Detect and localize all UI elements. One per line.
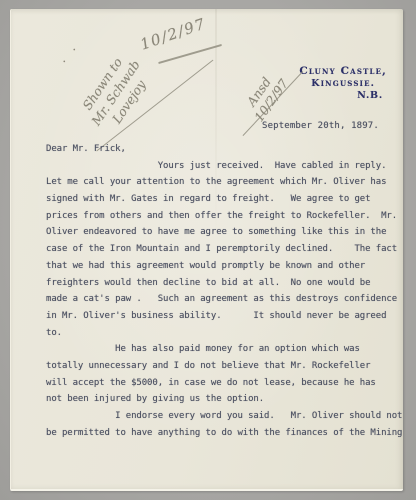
letterhead: Cluny Castle, Kingussie. N.B.	[299, 65, 387, 101]
letter-line: totally unnecessary and I do not believe…	[46, 358, 402, 375]
letter-line: Yours just received. Have cabled in repl…	[46, 158, 402, 175]
pencil-dots: · ·	[58, 41, 84, 68]
letter-line: signed with Mr. Gates in regard to freig…	[46, 191, 402, 208]
letter-paper: Cluny Castle, Kingussie. N.B. September …	[10, 9, 403, 491]
letterhead-region: N.B.	[299, 90, 387, 101]
letter-body: Dear Mr. Frick, Yours just received. Hav…	[46, 141, 402, 441]
letter-line: made a cat's paw . Such an agreement as …	[46, 291, 402, 308]
letter-line: be permitted to have anything to do with…	[46, 425, 402, 442]
letter-line: that we had this agreement would promptl…	[46, 258, 402, 275]
letter-line: not been injured by giving us the option…	[46, 391, 402, 408]
letter-line: prices from others and then offer the fr…	[46, 208, 402, 225]
letter-line: Oliver endeavored to have me agree to so…	[46, 224, 402, 241]
letter-line: He has also paid money for an option whi…	[46, 341, 402, 358]
letter-line: to.	[46, 325, 402, 342]
letter-line: freighters would then decline to bid at …	[46, 275, 402, 292]
letterhead-town: Kingussie.	[299, 78, 387, 89]
salutation: Dear Mr. Frick,	[46, 141, 402, 158]
letter-line: I endorse every word you said. Mr. Olive…	[46, 408, 402, 425]
photo-background: Cluny Castle, Kingussie. N.B. September …	[0, 0, 416, 500]
letter-line: case of the Iron Mountain and I perempto…	[46, 241, 402, 258]
letter-line: Let me call your attention to the agreem…	[46, 174, 402, 191]
letter-line: will accept the $5000, in case we do not…	[46, 375, 402, 392]
letterhead-castle: Cluny Castle,	[299, 65, 387, 77]
letter-line: in Mr. Oliver's business ability. It sho…	[46, 308, 402, 325]
date-line: September 20th, 1897.	[262, 121, 379, 131]
